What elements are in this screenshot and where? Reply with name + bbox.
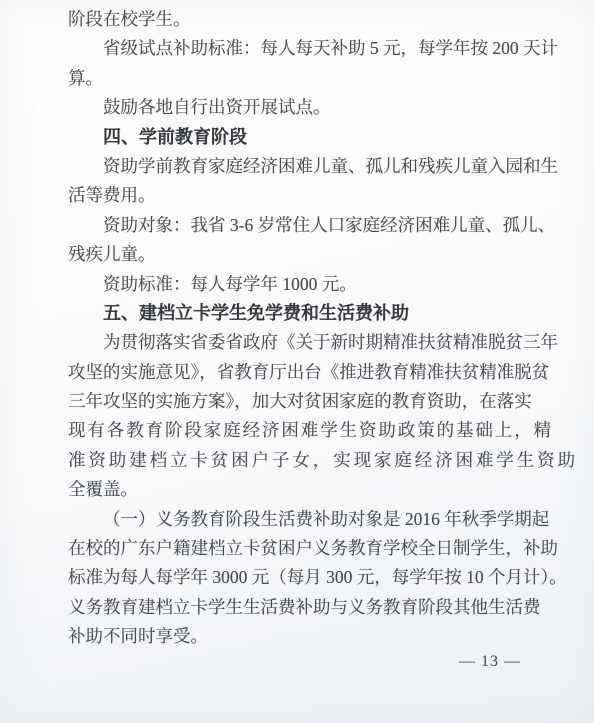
text-line: 全覆盖。 (68, 475, 558, 504)
text-line: 资助学前教育家庭经济困难儿童、孤儿和残疾儿童入园和生 (68, 152, 558, 181)
text-line: 鼓励各地自行出资开展试点。 (68, 93, 558, 122)
text-line: 现有各教育阶段家庭经济困难学生资助政策的基础上，精 (68, 416, 558, 445)
section-heading: 四、学前教育阶段 (68, 123, 558, 152)
text-line: 在校的广东户籍建档立卡贫困户义务教育学校全日制学生，补助 (68, 534, 558, 563)
text-line: 资助对象：我省 3-6 岁常住人口家庭经济困难儿童、孤儿、 (68, 211, 558, 240)
text-line: 标准为每人每学年 3000 元（每月 300 元，每学年按 10 个月计）。 (68, 563, 558, 592)
text-line: 省级试点补助标准：每人每天补助 5 元，每学年按 200 天计 (68, 34, 558, 63)
document-body: 阶段在校学生。省级试点补助标准：每人每天补助 5 元，每学年按 200 天计算。… (68, 5, 558, 652)
text-line: 残疾儿童。 (68, 240, 558, 269)
text-line: 三年攻坚的实施方案》，加大对贫困家庭的教育资助，在落实 (68, 387, 558, 416)
text-line: 攻坚的实施意见》，省教育厅出台《推进教育精准扶贫精准脱贫 (68, 358, 558, 387)
text-line: 阶段在校学生。 (68, 5, 558, 34)
text-line: 为贯彻落实省委省政府《关于新时期精准扶贫精准脱贫三年 (68, 328, 558, 357)
text-line: 补助不同时享受。 (68, 622, 558, 651)
page-number: — 13 — (459, 651, 521, 673)
text-line: 资助标准：每人每学年 1000 元。 (68, 270, 558, 299)
text-line: （一）义务教育阶段生活费补助对象是 2016 年秋季学期起 (68, 505, 558, 534)
text-line: 准资助建档立卡贫困户子女，实现家庭经济困难学生资助 (68, 446, 558, 475)
text-line: 活等费用。 (68, 181, 558, 210)
text-line: 算。 (68, 64, 558, 93)
scanned-page: 阶段在校学生。省级试点补助标准：每人每天补助 5 元，每学年按 200 天计算。… (0, 0, 594, 723)
text-line: 义务教育建档立卡学生生活费补助与义务教育阶段其他生活费 (68, 593, 558, 622)
section-heading: 五、建档立卡学生免学费和生活费补助 (68, 299, 558, 328)
